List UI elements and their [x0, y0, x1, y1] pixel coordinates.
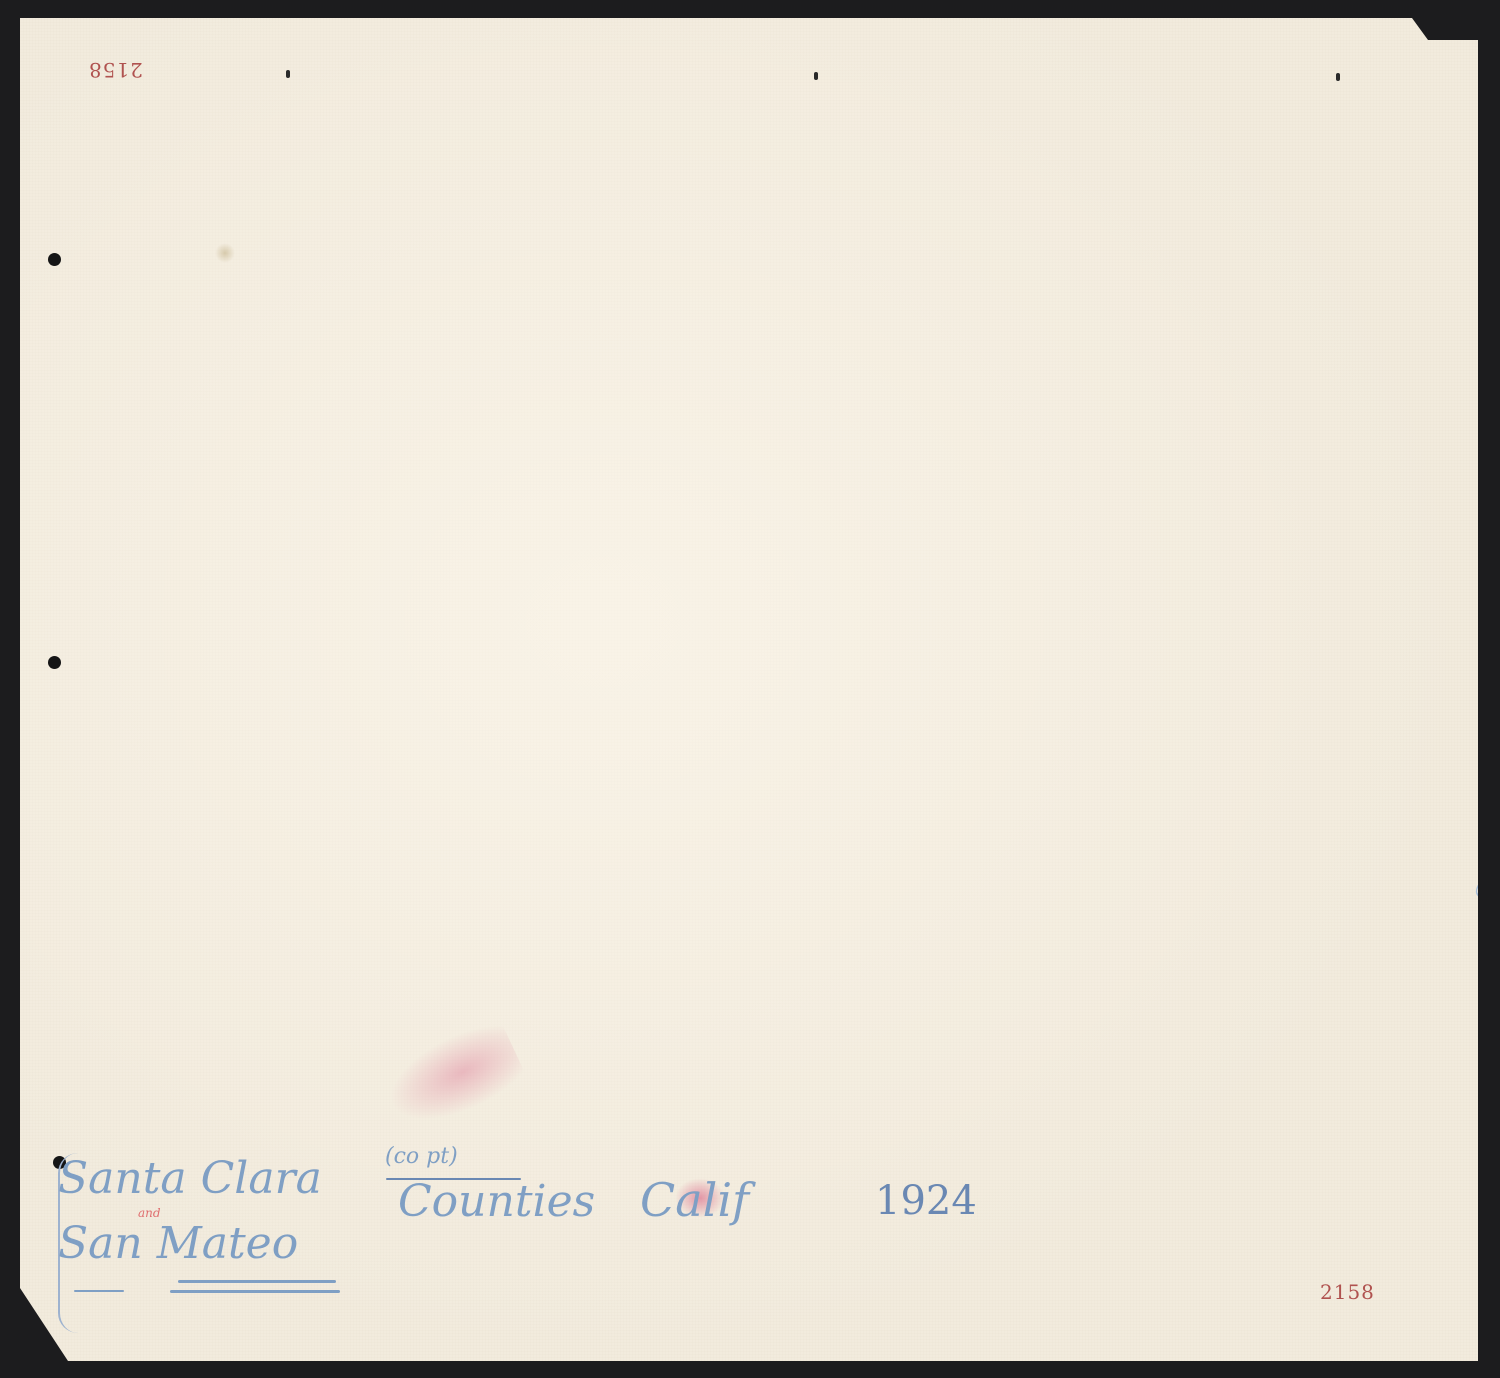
punch-hole-middle: [48, 656, 61, 669]
pink-ink-stain: [370, 1012, 531, 1144]
tack-mark: [1336, 73, 1340, 81]
handwriting-co-pt-note: (co pt): [385, 1144, 458, 1169]
mateo-underline-1: [178, 1280, 336, 1283]
san-underline: [74, 1290, 124, 1292]
stamp-number-mirrored: 2158: [88, 58, 143, 82]
punch-hole-upper: [48, 253, 61, 266]
tack-mark: [286, 70, 290, 78]
tack-mark: [814, 72, 818, 80]
paper-sheet: 2158 2158 Santa Clara (co pt) and San Ma…: [20, 18, 1478, 1361]
mateo-underline-2: [170, 1290, 340, 1293]
handwriting-san-mateo: San Mateo: [58, 1218, 298, 1269]
handwriting-year: 1924: [875, 1178, 977, 1224]
vertical-margin-note: San Mateo County Calif 1924 Duplicate: [1470, 389, 1500, 904]
handwriting-counties: Counties: [398, 1176, 595, 1227]
foxing-stain: [215, 243, 235, 263]
handwriting-calif: Calif: [640, 1173, 749, 1227]
stamp-number: 2158: [1320, 1280, 1375, 1304]
handwriting-santa-clara: Santa Clara: [58, 1153, 322, 1204]
